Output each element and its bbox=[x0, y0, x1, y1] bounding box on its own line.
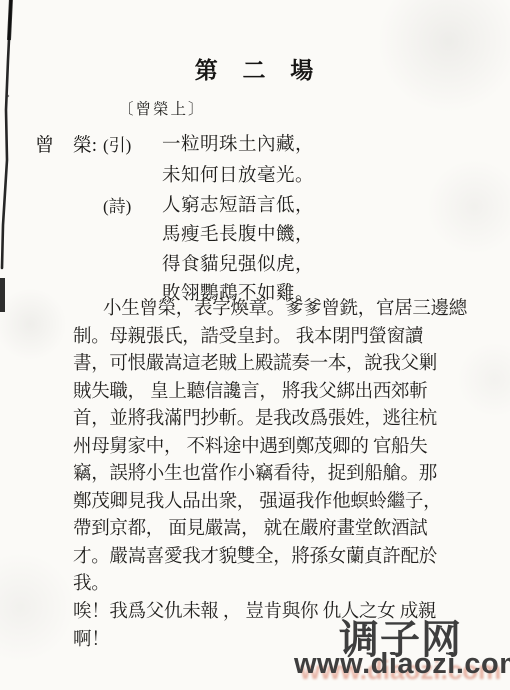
monologue-line: 書，可恨嚴嵩這老賊上殿謊奏一本，說我父剿 bbox=[73, 351, 468, 379]
monologue-line: 才。嚴嵩喜愛我才貌雙全，將孫女蘭貞許配於 bbox=[73, 544, 468, 572]
monologue-line: 竊，誤將小生也當作小竊看待，捉到船艙。那 bbox=[73, 461, 468, 489]
yin-verse-line: 一粒明珠土內藏， bbox=[162, 130, 314, 156]
scanned-script-page: 第 二 場 〔曾榮上〕 曾 榮: (引) 一粒明珠土內藏， 未知何日放毫光。 (… bbox=[0, 0, 510, 690]
monologue-line: 制。母親張氏，誥受皇封。 我本閉門螢窗讀 bbox=[73, 324, 468, 352]
shi-verse-line: 馬瘦毛長腹中饑， bbox=[162, 220, 314, 246]
monologue-line: 首，並將我滿門抄斬。是我改爲張姓，逃往杭 bbox=[73, 406, 468, 434]
scene-title: 第 二 場 bbox=[0, 52, 510, 85]
monologue-line: 賊失職， 皇上聽信讒言， 將我父綁出西郊斬 bbox=[73, 379, 468, 407]
yin-cue-label: (引) bbox=[103, 131, 131, 156]
watermark-site-url: www.diaozi.com bbox=[294, 648, 510, 681]
yin-verse-line: 未知何日放毫光。 bbox=[162, 161, 314, 187]
monologue-line: 州母舅家中， 不料途中遇到鄭茂卿的 官船失 bbox=[73, 434, 468, 462]
monologue-block: 小生曾榮，表字煥章。爹爹曾銑，官居三邊總 制。母親張氏，誥受皇封。 我本閉門螢窗… bbox=[73, 296, 468, 654]
monologue-line: 鄭茂卿見我人品出衆， 强逼我作他螟蛉繼子， bbox=[73, 489, 468, 517]
shi-verse-line: 人窮志短語言低， bbox=[162, 191, 314, 217]
monologue-line: 帶到京都， 面見嚴嵩， 就在嚴府畫堂飲酒試 bbox=[73, 516, 468, 544]
monologue-line: 小生曾榮，表字煥章。爹爹曾銑，官居三邊總 bbox=[73, 296, 468, 324]
stage-direction: 〔曾榮上〕 bbox=[118, 97, 206, 119]
shi-cue-label: (詩) bbox=[103, 192, 131, 217]
scan-edge-artifact bbox=[0, 0, 20, 330]
monologue-line: 我。 bbox=[73, 571, 468, 599]
shi-verse-line: 得食貓兒强似虎， bbox=[162, 250, 314, 276]
speaker-name: 曾 榮: bbox=[35, 130, 97, 157]
